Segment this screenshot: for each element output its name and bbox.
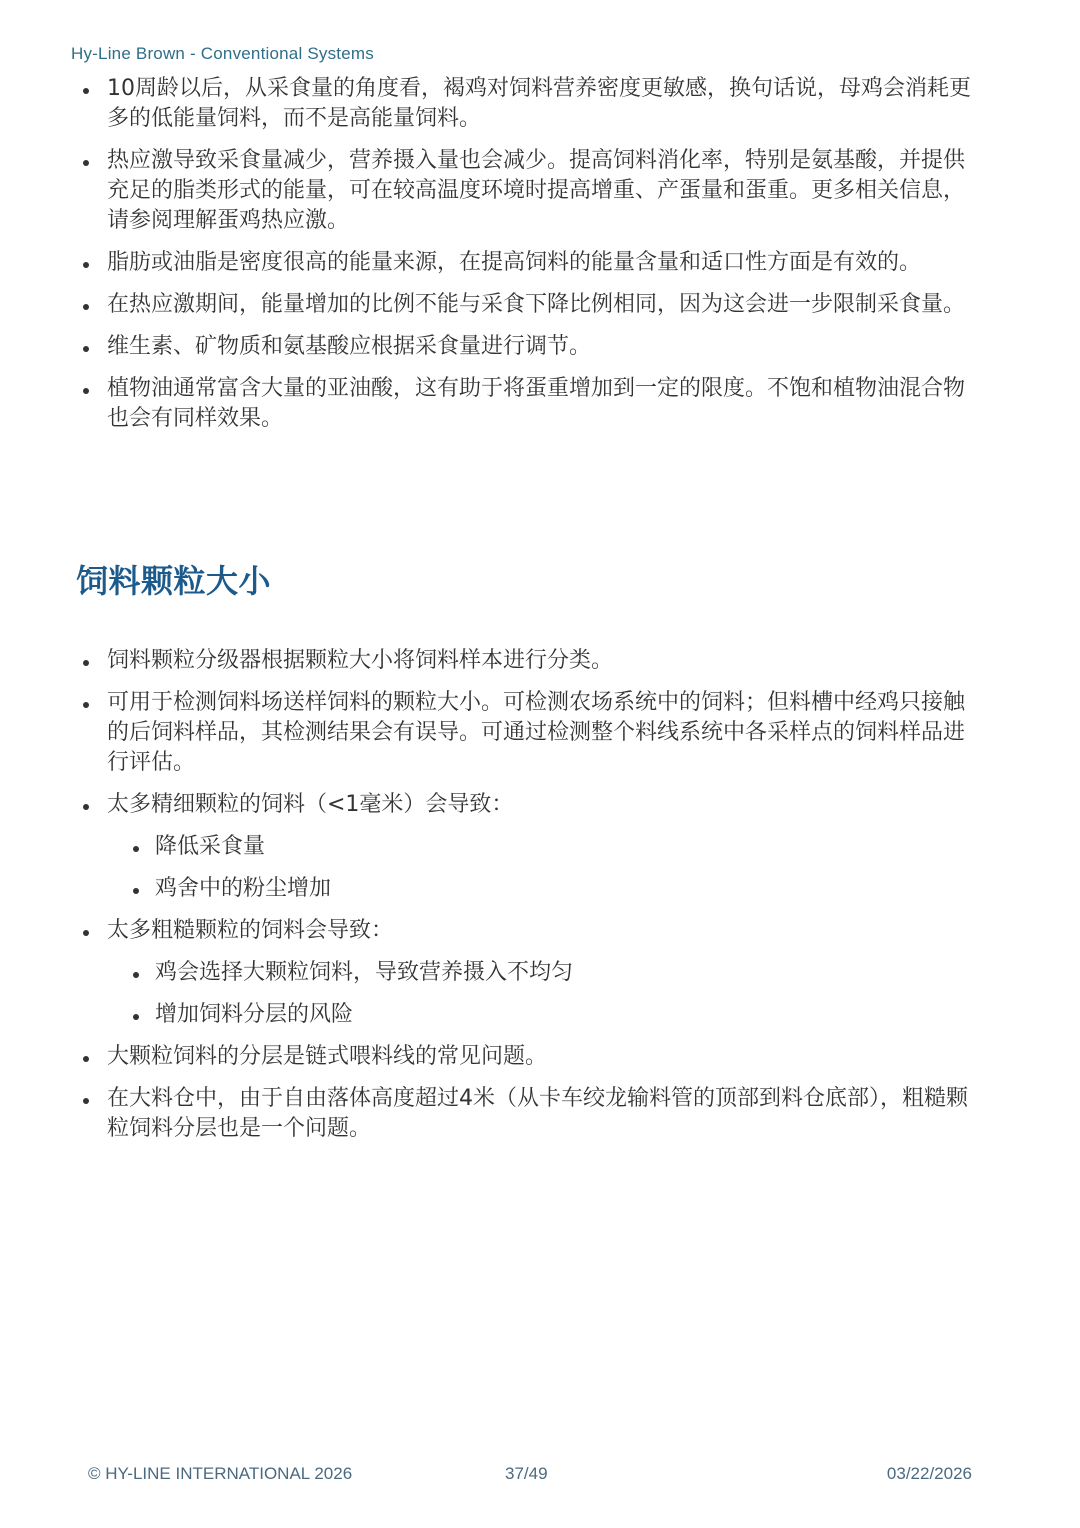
- footer-copyright: © HY-LINE INTERNATIONAL 2026: [88, 1464, 352, 1484]
- sub-bullet-list: 鸡会选择大颗粒饲料，导致营养摄入不均匀 增加饲料分层的风险: [80, 958, 980, 1030]
- list-item: 脂肪或油脂是密度很高的能量来源，在提高饲料的能量含量和适口性方面是有效的。: [80, 248, 980, 278]
- section-2-body: 饲料颗粒分级器根据颗粒大小将饲料样本进行分类。 可用于检测饲料场送样饲料的颗粒大…: [80, 646, 980, 1156]
- list-item-text: 大颗粒饲料的分层是链式喂料线的常见问题。: [107, 1044, 547, 1069]
- sub-list-item: 鸡舍中的粉尘增加: [80, 874, 980, 904]
- list-item: 太多精细颗粒的饲料（<1毫米）会导致： 降低采食量 鸡舍中的粉尘增加: [80, 790, 980, 904]
- section-heading-feed-particle-size: 饲料颗粒大小: [76, 556, 271, 602]
- list-item-text: 饲料颗粒分级器根据颗粒大小将饲料样本进行分类。: [107, 648, 613, 673]
- page-footer: © HY-LINE INTERNATIONAL 2026 37/49 03/22…: [88, 1464, 972, 1486]
- list-item: 饲料颗粒分级器根据颗粒大小将饲料样本进行分类。: [80, 646, 980, 676]
- footer-page-number: 37/49: [505, 1464, 548, 1484]
- list-item-text: 维生素、矿物质和氨基酸应根据采食量进行调节。: [107, 334, 591, 359]
- list-item: 可用于检测饲料场送样饲料的颗粒大小。可检测农场系统中的饲料；但料槽中经鸡只接触的…: [80, 688, 980, 778]
- list-item: 热应激导致采食量减少，营养摄入量也会减少。提高饲料消化率，特别是氨基酸，并提供充…: [80, 146, 980, 236]
- sub-list-item: 增加饲料分层的风险: [80, 1000, 980, 1030]
- bullet-list-1: 10周龄以后，从采食量的角度看，褐鸡对饲料营养密度更敏感，换句话说，母鸡会消耗更…: [80, 74, 980, 434]
- bullet-list-2: 饲料颗粒分级器根据颗粒大小将饲料样本进行分类。 可用于检测饲料场送样饲料的颗粒大…: [80, 646, 980, 1144]
- sub-bullet-list: 降低采食量 鸡舍中的粉尘增加: [80, 832, 980, 904]
- running-header: Hy-Line Brown - Conventional Systems: [71, 44, 374, 64]
- list-item: 大颗粒饲料的分层是链式喂料线的常见问题。: [80, 1042, 980, 1072]
- list-item: 植物油通常富含大量的亚油酸，这有助于将蛋重增加到一定的限度。不饱和植物油混合物也…: [80, 374, 980, 434]
- list-item: 在大料仓中，由于自由落体高度超过4米（从卡车绞龙输料管的顶部到料仓底部），粗糙颗…: [80, 1084, 980, 1144]
- list-item-text: 在大料仓中，由于自由落体高度超过4米（从卡车绞龙输料管的顶部到料仓底部），粗糙颗…: [107, 1086, 968, 1141]
- sub-list-item: 降低采食量: [80, 832, 980, 862]
- sub-list-item-text: 鸡舍中的粉尘增加: [155, 876, 331, 901]
- list-item-text: 植物油通常富含大量的亚油酸，这有助于将蛋重增加到一定的限度。不饱和植物油混合物也…: [107, 376, 965, 431]
- sub-list-item-text: 鸡会选择大颗粒饲料，导致营养摄入不均匀: [155, 960, 573, 985]
- list-item-text: 在热应激期间，能量增加的比例不能与采食下降比例相同，因为这会进一步限制采食量。: [107, 292, 965, 317]
- list-item: 10周龄以后，从采食量的角度看，褐鸡对饲料营养密度更敏感，换句话说，母鸡会消耗更…: [80, 74, 980, 134]
- list-item-text: 太多精细颗粒的饲料（<1毫米）会导致：: [107, 792, 513, 817]
- list-item-text: 热应激导致采食量减少，营养摄入量也会减少。提高饲料消化率，特别是氨基酸，并提供充…: [107, 148, 965, 233]
- list-item: 太多粗糙颗粒的饲料会导致： 鸡会选择大颗粒饲料，导致营养摄入不均匀 增加饲料分层…: [80, 916, 980, 1030]
- list-item: 维生素、矿物质和氨基酸应根据采食量进行调节。: [80, 332, 980, 362]
- list-item-text: 脂肪或油脂是密度很高的能量来源，在提高饲料的能量含量和适口性方面是有效的。: [107, 250, 921, 275]
- section-1-body: 10周龄以后，从采食量的角度看，褐鸡对饲料营养密度更敏感，换句话说，母鸡会消耗更…: [80, 74, 980, 446]
- sub-list-item: 鸡会选择大颗粒饲料，导致营养摄入不均匀: [80, 958, 980, 988]
- list-item-text: 太多粗糙颗粒的饲料会导致：: [107, 918, 393, 943]
- sub-list-item-text: 增加饲料分层的风险: [155, 1002, 353, 1027]
- list-item-text: 10周龄以后，从采食量的角度看，褐鸡对饲料营养密度更敏感，换句话说，母鸡会消耗更…: [107, 76, 971, 131]
- sub-list-item-text: 降低采食量: [155, 834, 265, 859]
- footer-date: 03/22/2026: [887, 1464, 972, 1484]
- list-item: 在热应激期间，能量增加的比例不能与采食下降比例相同，因为这会进一步限制采食量。: [80, 290, 980, 320]
- list-item-text: 可用于检测饲料场送样饲料的颗粒大小。可检测农场系统中的饲料；但料槽中经鸡只接触的…: [107, 690, 965, 775]
